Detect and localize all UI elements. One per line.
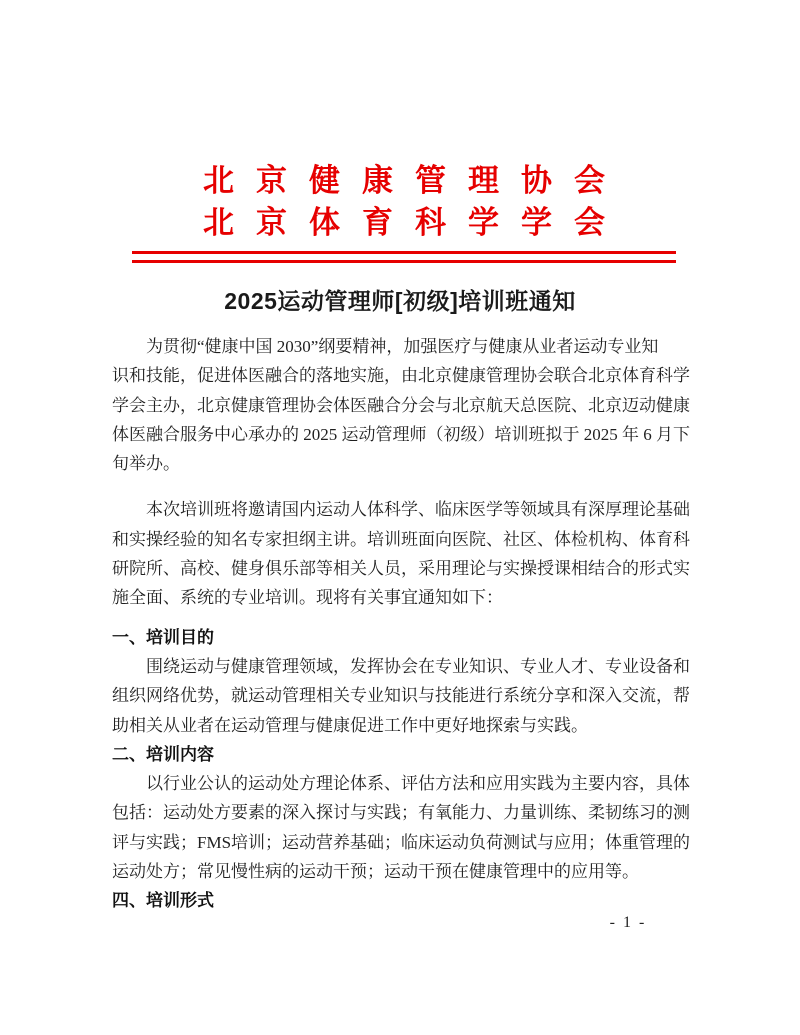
- page-number: - 1 -: [592, 914, 664, 932]
- section-heading: 二、培训内容: [112, 740, 692, 769]
- paragraph-line: 学会主办，北京健康管理协会体医融合分会与北京航天总医院、北京迈动健康: [112, 391, 692, 420]
- paragraph: 本次培训班将邀请国内运动人体科学、临床医学等领域具有深厚理论基础和实操经验的知名…: [112, 495, 692, 612]
- paragraph-line: 识和技能，促进体医融合的落地实施，由北京健康管理协会联合北京体育科学: [112, 361, 692, 390]
- paragraph-line: 评与实践；FMS培训；运动营养基础；临床运动负荷测试与应用；体重管理的: [112, 828, 692, 857]
- paragraph-line: 助相关从业者在运动管理与健康促进工作中更好地探索与实践。: [112, 711, 692, 740]
- paragraph-line: 旬举办。: [112, 449, 692, 478]
- paragraph-line: 为贯彻“健康中国 2030”纲要精神，加强医疗与健康从业者运动专业知: [112, 332, 692, 361]
- paragraph: 为贯彻“健康中国 2030”纲要精神，加强医疗与健康从业者运动专业知识和技能，促…: [112, 332, 692, 478]
- org-header: 北京健康管理协会 北京体育科学学会: [132, 160, 676, 244]
- paragraph-line: 包括：运动处方要素的深入探讨与实践；有氧能力、力量训练、柔韧练习的测: [112, 798, 692, 827]
- document-page: 北京健康管理协会 北京体育科学学会 2025运动管理师[初级]培训班通知 为贯彻…: [0, 0, 800, 1035]
- section-heading: 一、培训目的: [112, 623, 692, 652]
- section-heading: 四、培训形式: [112, 886, 692, 915]
- paragraph-line: 本次培训班将邀请国内运动人体科学、临床医学等领域具有深厚理论基础: [112, 495, 692, 524]
- paragraph-line: 围绕运动与健康管理领域，发挥协会在专业知识、专业人才、专业设备和: [112, 652, 692, 681]
- paragraph-line: 体医融合服务中心承办的 2025 运动管理师（初级）培训班拟于 2025 年 6…: [112, 420, 692, 449]
- paragraph: 以行业公认的运动处方理论体系、评估方法和应用实践为主要内容，具体包括：运动处方要…: [112, 769, 692, 886]
- paragraph-line: 运动处方；常见慢性病的运动干预；运动干预在健康管理中的应用等。: [112, 857, 692, 886]
- paragraph-line: 组织网络优势，就运动管理相关专业知识与技能进行系统分享和深入交流，帮: [112, 681, 692, 710]
- paragraph: 围绕运动与健康管理领域，发挥协会在专业知识、专业人才、专业设备和组织网络优势，就…: [112, 652, 692, 740]
- document-title: 2025运动管理师[初级]培训班通知: [112, 283, 688, 316]
- paragraph-line: 和实操经验的知名专家担纲主讲。培训班面向医院、社区、体检机构、体育科: [112, 525, 692, 554]
- document-body: 为贯彻“健康中国 2030”纲要精神，加强医疗与健康从业者运动专业知识和技能，促…: [112, 332, 692, 916]
- org-name-line2: 北京体育科学学会: [132, 202, 698, 244]
- header-divider-rule: [132, 251, 676, 263]
- org-name-line1: 北京健康管理协会: [132, 160, 698, 202]
- paragraph-line: 施全面、系统的专业培训。现将有关事宜通知如下：: [112, 583, 692, 612]
- paragraph-line: 研院所、高校、健身俱乐部等相关人员，采用理论与实操授课相结合的形式实: [112, 554, 692, 583]
- paragraph-line: 以行业公认的运动处方理论体系、评估方法和应用实践为主要内容，具体: [112, 769, 692, 798]
